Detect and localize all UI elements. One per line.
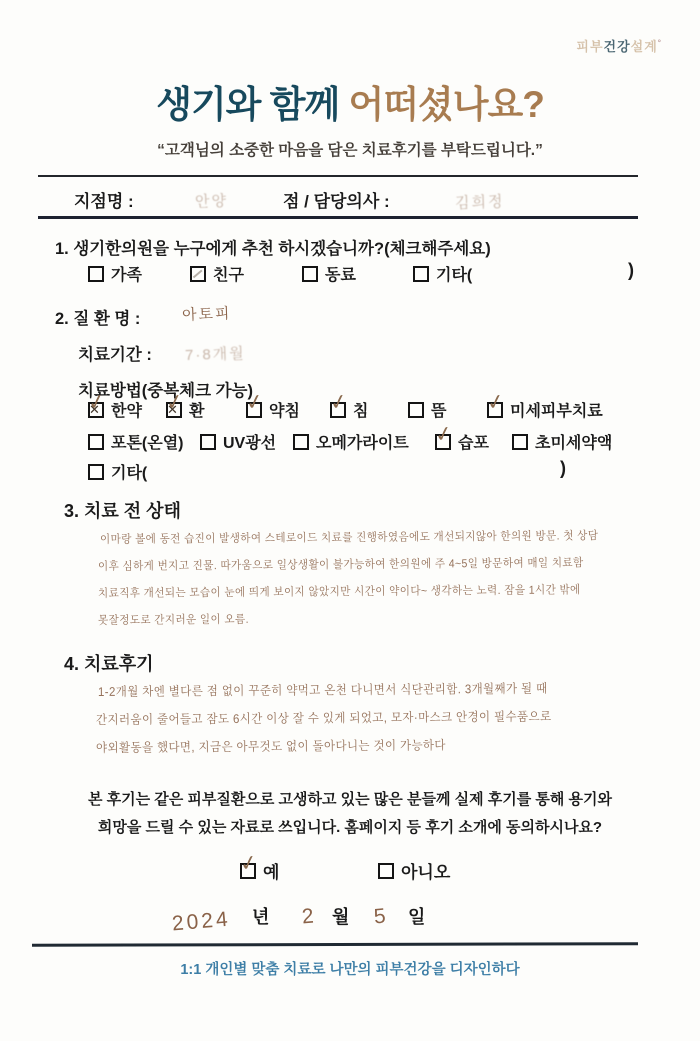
section3-handwriting-line: 이후 심하게 번지고 진물. 따가움으로 일상생활이 불가능하여 한의원에 주 … [98, 554, 584, 574]
q2-period-value: 7·8개월 [185, 342, 246, 365]
section4-title: 4. 치료후기 [64, 650, 154, 676]
consent-option-no[interactable]: 아니오 [378, 858, 450, 883]
checkbox-label: UV광선 [223, 430, 276, 453]
date-month-label: 월 [332, 903, 349, 929]
checkbox-icon[interactable] [246, 402, 262, 418]
checkbox-icon[interactable] [240, 863, 256, 879]
checkbox-icon[interactable] [378, 863, 394, 879]
q1-title: 1. 생기한의원을 누구에게 추천 하시겠습니까?(체크해주세요) [55, 235, 491, 259]
checkbox-icon[interactable] [88, 434, 104, 450]
checkbox-label: 오메가라이트 [316, 430, 409, 453]
consent-option-yes[interactable]: 예 [240, 858, 279, 883]
checkbox-label: 약침 [269, 398, 300, 421]
scanned-review-form: 피부건강설계° 생기와 함께 어떠셨나요? “고객님의 소중한 마음을 담은 치… [0, 0, 700, 1041]
method-uv-light[interactable]: UV광선 [200, 430, 276, 453]
q1-option-coworker[interactable]: 동료 [302, 262, 356, 285]
checkbox-icon[interactable] [487, 402, 503, 418]
method-acupuncture[interactable]: 침 [330, 398, 368, 421]
brand-logo-part: 건강 [604, 39, 631, 54]
checkbox-label: 아니오 [401, 858, 450, 883]
brand-logo: 피부건강설계° [576, 36, 662, 55]
date-year-value: 2024 [171, 907, 232, 936]
checkbox-icon[interactable] [408, 402, 424, 418]
page-subtitle: “고객님의 소중한 마음을 담은 치료후기를 부탁드립니다.” [0, 138, 700, 160]
checkbox-label: 친구 [213, 262, 244, 285]
checkbox-label: 기타( [111, 460, 147, 483]
page-title-gold: 어떠셨나요? [348, 84, 543, 125]
section3-handwriting-line: 치료직후 개선되는 모습이 눈에 띄게 보이지 않았지만 시간이 약이다~ 생각… [98, 581, 581, 601]
q2-period-label: 치료기간 : [78, 341, 152, 365]
method-photon-heat[interactable]: 포톤(온열) [88, 430, 183, 453]
doctor-label: 점 / 담당의사 : [283, 187, 390, 212]
checkbox-label: 한약 [111, 398, 142, 421]
checkbox-icon[interactable] [512, 434, 528, 450]
method-omega-light[interactable]: 오메가라이트 [293, 430, 409, 453]
q1-paren-close: ) [628, 260, 634, 281]
branch-name-value: 안양 [195, 189, 229, 211]
footer-tagline: 1:1 개인별 맞춤 치료로 나만의 피부건강을 디자인하다 [0, 958, 700, 979]
checkbox-icon[interactable] [413, 266, 429, 282]
section3-handwriting-line: 이마랑 볼에 동전 습진이 발생하여 스테로이드 치료를 진행하였음에도 개선되… [100, 527, 598, 547]
checkbox-icon[interactable] [88, 464, 104, 480]
checkbox-label: 동료 [325, 262, 356, 285]
footer-divider [32, 942, 638, 947]
checkbox-icon[interactable] [435, 434, 451, 450]
checkbox-label: 미세피부치료 [510, 398, 603, 421]
checkbox-label: 초미세약액 [535, 430, 612, 453]
checkbox-label: 환 [189, 398, 204, 421]
method-pill[interactable]: 환 [166, 398, 204, 421]
section3-title: 3. 치료 전 상태 [64, 497, 181, 523]
q1-option-other[interactable]: 기타( [413, 262, 472, 285]
method-herbal-medicine[interactable]: 한약 [88, 398, 142, 421]
checkbox-icon[interactable] [200, 434, 216, 450]
checkbox-icon[interactable] [88, 402, 104, 418]
page-title: 생기와 함께 어떠셨나요? [0, 74, 700, 128]
checkbox-icon[interactable] [88, 266, 104, 282]
checkbox-icon[interactable] [302, 266, 318, 282]
checkbox-label: 침 [353, 398, 368, 421]
checkbox-label: 뜸 [431, 398, 446, 421]
method-moxibustion[interactable]: 뜸 [408, 398, 446, 421]
method-pharmacopuncture[interactable]: 약침 [246, 398, 300, 421]
date-day-label: 일 [408, 903, 425, 929]
divider [38, 175, 638, 177]
divider [38, 216, 638, 219]
checkbox-icon[interactable] [293, 434, 309, 450]
branch-name-label: 지점명 : [74, 187, 134, 212]
date-day-value: 5 [373, 905, 387, 930]
method-wet-compress[interactable]: 습포 [435, 430, 489, 453]
doctor-value: 김희정 [455, 190, 505, 213]
q1-option-friend[interactable]: 친구 [190, 262, 244, 285]
checkbox-label: 기타( [436, 262, 472, 285]
method-other[interactable]: 기타( [88, 460, 147, 483]
page-title-teal: 생기와 함께 [156, 84, 339, 125]
checkbox-label: 예 [263, 858, 279, 883]
section3-handwriting-line: 못잘정도로 간지러운 일이 오름. [98, 611, 249, 628]
method-micro-skin-treatment[interactable]: 미세피부치료 [487, 398, 603, 421]
checkbox-label: 포톤(온열) [111, 430, 183, 453]
consent-statement-line1: 본 후기는 같은 피부질환으로 고생하고 있는 많은 분들께 실제 후기를 통해… [0, 788, 700, 809]
q2-disease-value: 아토피 [182, 302, 232, 325]
section4-handwriting-line: 1-2개월 차엔 별다른 점 없이 꾸준히 약먹고 온천 다니면서 식단관리함.… [98, 679, 548, 700]
date-month-value: 2 [301, 905, 315, 930]
section4-handwriting-line: 야외활동을 했다면, 지금은 아무것도 없이 돌아다니는 것이 가능하다 [96, 735, 446, 756]
checkbox-label: 습포 [458, 430, 489, 453]
brand-logo-part: 피부 [576, 39, 603, 54]
q2-disease-label: 2. 질 환 명 : [55, 305, 140, 329]
date-year-label: 년 [252, 903, 269, 929]
brand-logo-part: 설계 [631, 39, 658, 54]
checkbox-icon[interactable] [166, 402, 182, 418]
q2-paren-close: ) [560, 458, 566, 479]
checkbox-icon[interactable] [330, 402, 346, 418]
checkbox-icon[interactable] [190, 266, 206, 282]
consent-statement-line2: 희망을 드릴 수 있는 자료로 쓰입니다. 홈페이지 등 후기 소개에 동의하시… [0, 816, 700, 837]
section4-handwriting-line: 간지러움이 줄어들고 잠도 6시간 이상 잘 수 있게 되었고, 모자·마스크 … [96, 707, 552, 728]
checkbox-label: 가족 [111, 262, 142, 285]
brand-logo-mark: ° [658, 39, 662, 48]
method-ultrafine-solution[interactable]: 초미세약액 [512, 430, 612, 453]
q1-option-family[interactable]: 가족 [88, 262, 142, 285]
